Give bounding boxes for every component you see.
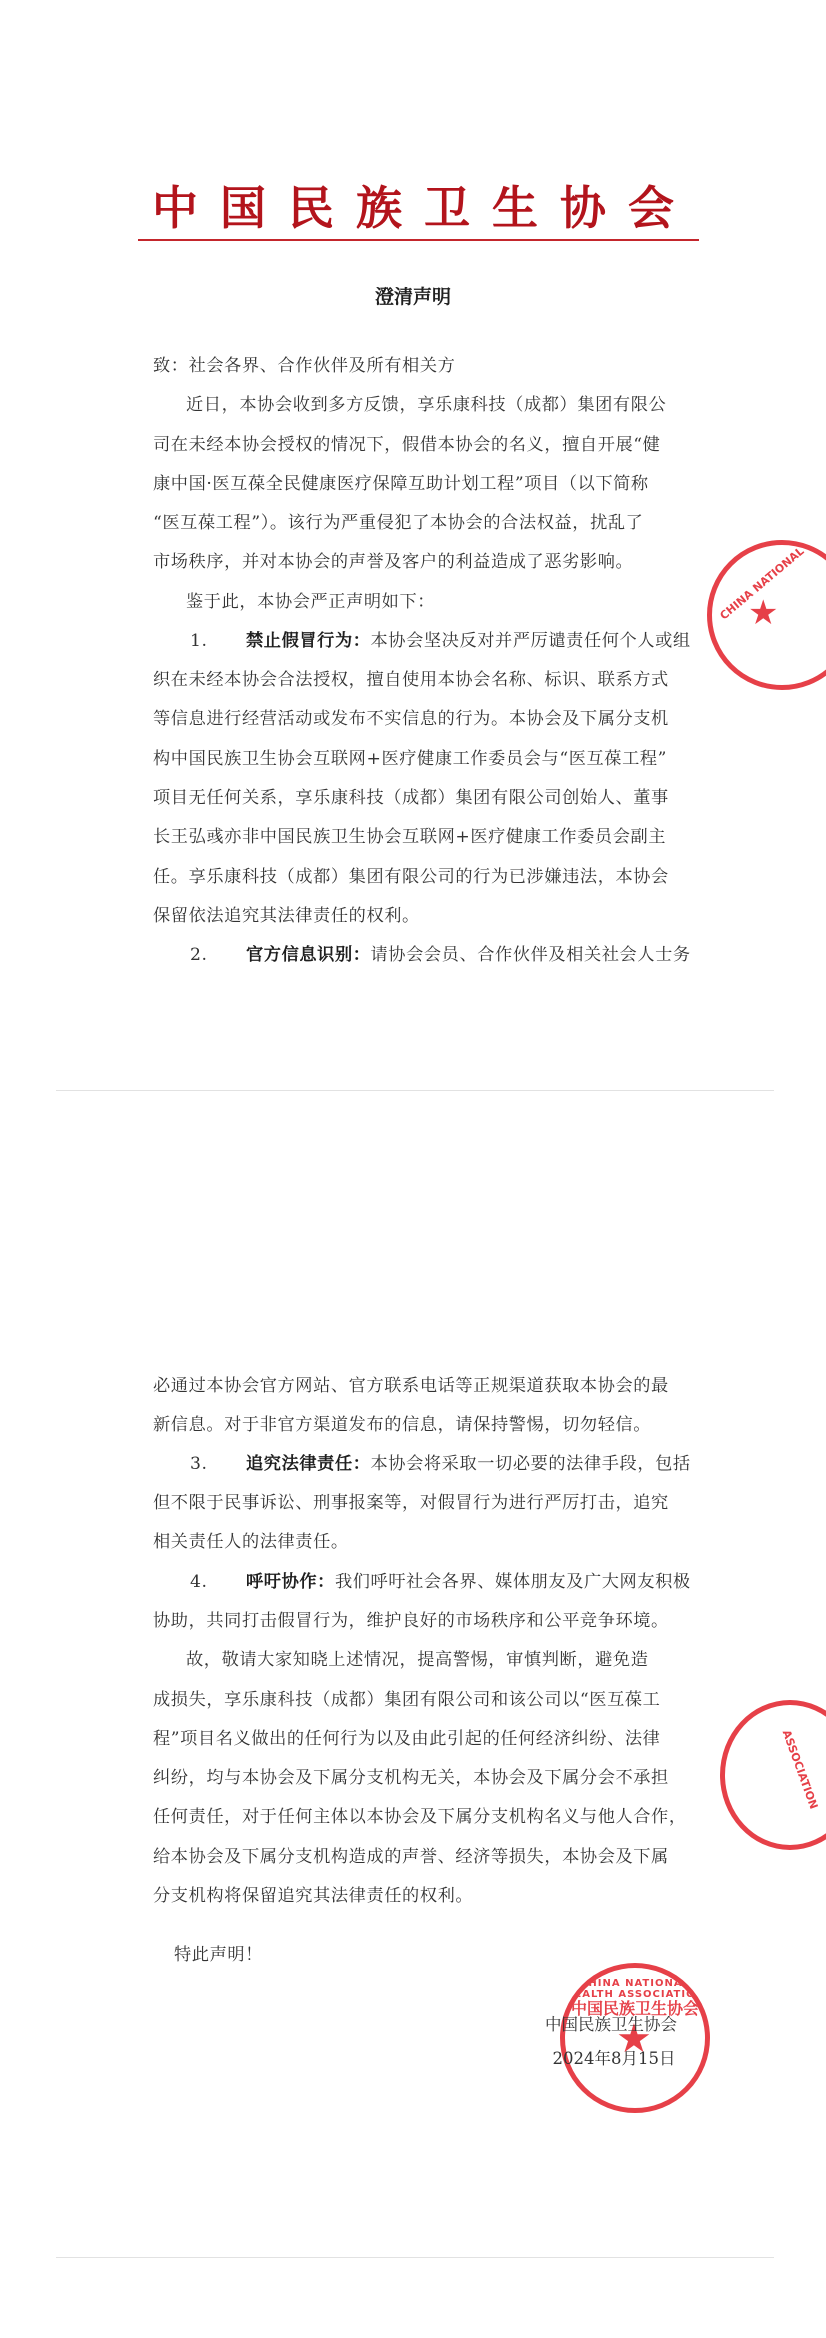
item-1-line: 构中国民族卫生协会互联网+医疗健康工作委员会与“医互葆工程” xyxy=(153,747,673,771)
intro-line: 近日，本协会收到多方反馈，享乐康科技（成都）集团有限公 xyxy=(186,393,706,417)
item-1-line: 项目无任何关系，享乐康科技（成都）集团有限公司创始人、董事 xyxy=(153,786,673,810)
item-1-first-line: 1.禁止假冒行为：本协会坚决反对并严厉谴责任何个人或组 xyxy=(190,629,710,653)
item-4-first-line: 4.呼吁协作：我们呼吁社会各界、媒体朋友及广大网友积极 xyxy=(190,1570,710,1594)
item-3-line: 相关责任人的法律责任。 xyxy=(153,1530,673,1554)
item-heading: 追究法律责任： xyxy=(246,1454,371,1474)
item-heading: 禁止假冒行为： xyxy=(246,631,371,651)
official-seal-partial: ASSOCIATION xyxy=(720,1700,826,1850)
item-text: 请协会会员、合作伙伴及相关社会人士务 xyxy=(371,945,691,965)
item-3-first-line: 3.追究法律责任：本协会将采取一切必要的法律手段，包括 xyxy=(190,1452,710,1476)
salutation: 致：社会各界、合作伙伴及所有相关方 xyxy=(153,354,673,378)
item-heading: 呼吁协作： xyxy=(246,1572,335,1592)
item-text: 本协会坚决反对并严厉谴责任何个人或组 xyxy=(371,631,691,651)
item-text: 本协会将采取一切必要的法律手段，包括 xyxy=(371,1454,691,1474)
lead-in: 鉴于此，本协会严正声明如下： xyxy=(186,590,706,614)
item-1-line: 保留依法追究其法律责任的权利。 xyxy=(153,904,673,928)
item-2-line: 新信息。对于非官方渠道发布的信息，请保持警惕，切勿轻信。 xyxy=(153,1413,673,1437)
official-seal-partial: CHINA NATIONAL ★ xyxy=(707,540,826,690)
seal-english-text: ASSOCIATION xyxy=(772,1706,826,1833)
date: 2024年8月15日 xyxy=(544,2048,684,2070)
conclusion-line: 成损失，享乐康科技（成都）集团有限公司和该公司以“医互葆工 xyxy=(153,1688,673,1712)
item-number: 1. xyxy=(190,629,246,653)
conclusion-line: 分支机构将保留追究其法律责任的权利。 xyxy=(153,1884,673,1908)
item-1-line: 任。享乐康科技（成都）集团有限公司的行为已涉嫌违法，本协会 xyxy=(153,865,673,889)
item-number: 3. xyxy=(190,1452,246,1476)
conclusion-line: 故，敬请大家知晓上述情况，提高警惕，审慎判断，避免造 xyxy=(186,1648,706,1672)
signature: 中国民族卫生协会 xyxy=(541,2014,681,2036)
intro-line: “医互葆工程”）。该行为严重侵犯了本协会的合法权益，扰乱了 xyxy=(153,511,673,535)
document-title: 澄清声明 xyxy=(0,282,826,309)
item-3-line: 但不限于民事诉讼、刑事报案等，对假冒行为进行严厉打击，追究 xyxy=(153,1491,673,1515)
conclusion-line: 纠纷，均与本协会及下属分支机构无关，本协会及下属分会不承担 xyxy=(153,1766,673,1790)
conclusion-line: 程”项目名义做出的任何行为以及由此引起的任何经济纠纷、法律 xyxy=(153,1727,673,1751)
page-break-divider xyxy=(56,1090,774,1091)
item-number: 4. xyxy=(190,1570,246,1594)
item-2-first-line: 2.官方信息识别：请协会会员、合作伙伴及相关社会人士务 xyxy=(190,943,710,967)
item-2-line: 必通过本协会官方网站、官方联系电话等正规渠道获取本协会的最 xyxy=(153,1374,673,1398)
intro-line: 市场秩序，并对本协会的声誉及客户的利益造成了恶劣影响。 xyxy=(153,550,673,574)
closing-statement: 特此声明！ xyxy=(174,1943,694,1967)
item-1-line: 织在未经本协会合法授权，擅自使用本协会名称、标识、联系方式 xyxy=(153,668,673,692)
page-break-divider xyxy=(56,2257,774,2258)
organization-letterhead: 中国民族卫生协会 xyxy=(0,172,826,238)
item-4-line: 协助，共同打击假冒行为，维护良好的市场秩序和公平竞争环境。 xyxy=(153,1609,673,1633)
intro-line: 康中国·医互葆全民健康医疗保障互助计划工程”项目（以下简称 xyxy=(153,472,673,496)
star-icon: ★ xyxy=(748,593,778,633)
item-1-line: 长王弘彧亦非中国民族卫生协会互联网+医疗健康工作委员会副主 xyxy=(153,825,673,849)
item-number: 2. xyxy=(190,943,246,967)
item-1-line: 等信息进行经营活动或发布不实信息的行为。本协会及下属分支机 xyxy=(153,707,673,731)
conclusion-line: 给本协会及下属分支机构造成的声誉、经济等损失，本协会及下属 xyxy=(153,1845,673,1869)
item-heading: 官方信息识别： xyxy=(246,945,371,965)
conclusion-line: 任何责任，对于任何主体以本协会及下属分支机构名义与他人合作， xyxy=(153,1805,673,1829)
official-seal: CHINA NATIONAL HEALTH ASSOCIATION 中国民族卫生… xyxy=(560,1963,710,2113)
item-text: 我们呼吁社会各界、媒体朋友及广大网友积极 xyxy=(335,1572,691,1592)
intro-line: 司在未经本协会授权的情况下，假借本协会的名义，擅自开展“健 xyxy=(153,433,673,457)
letterhead-rule xyxy=(138,239,699,241)
